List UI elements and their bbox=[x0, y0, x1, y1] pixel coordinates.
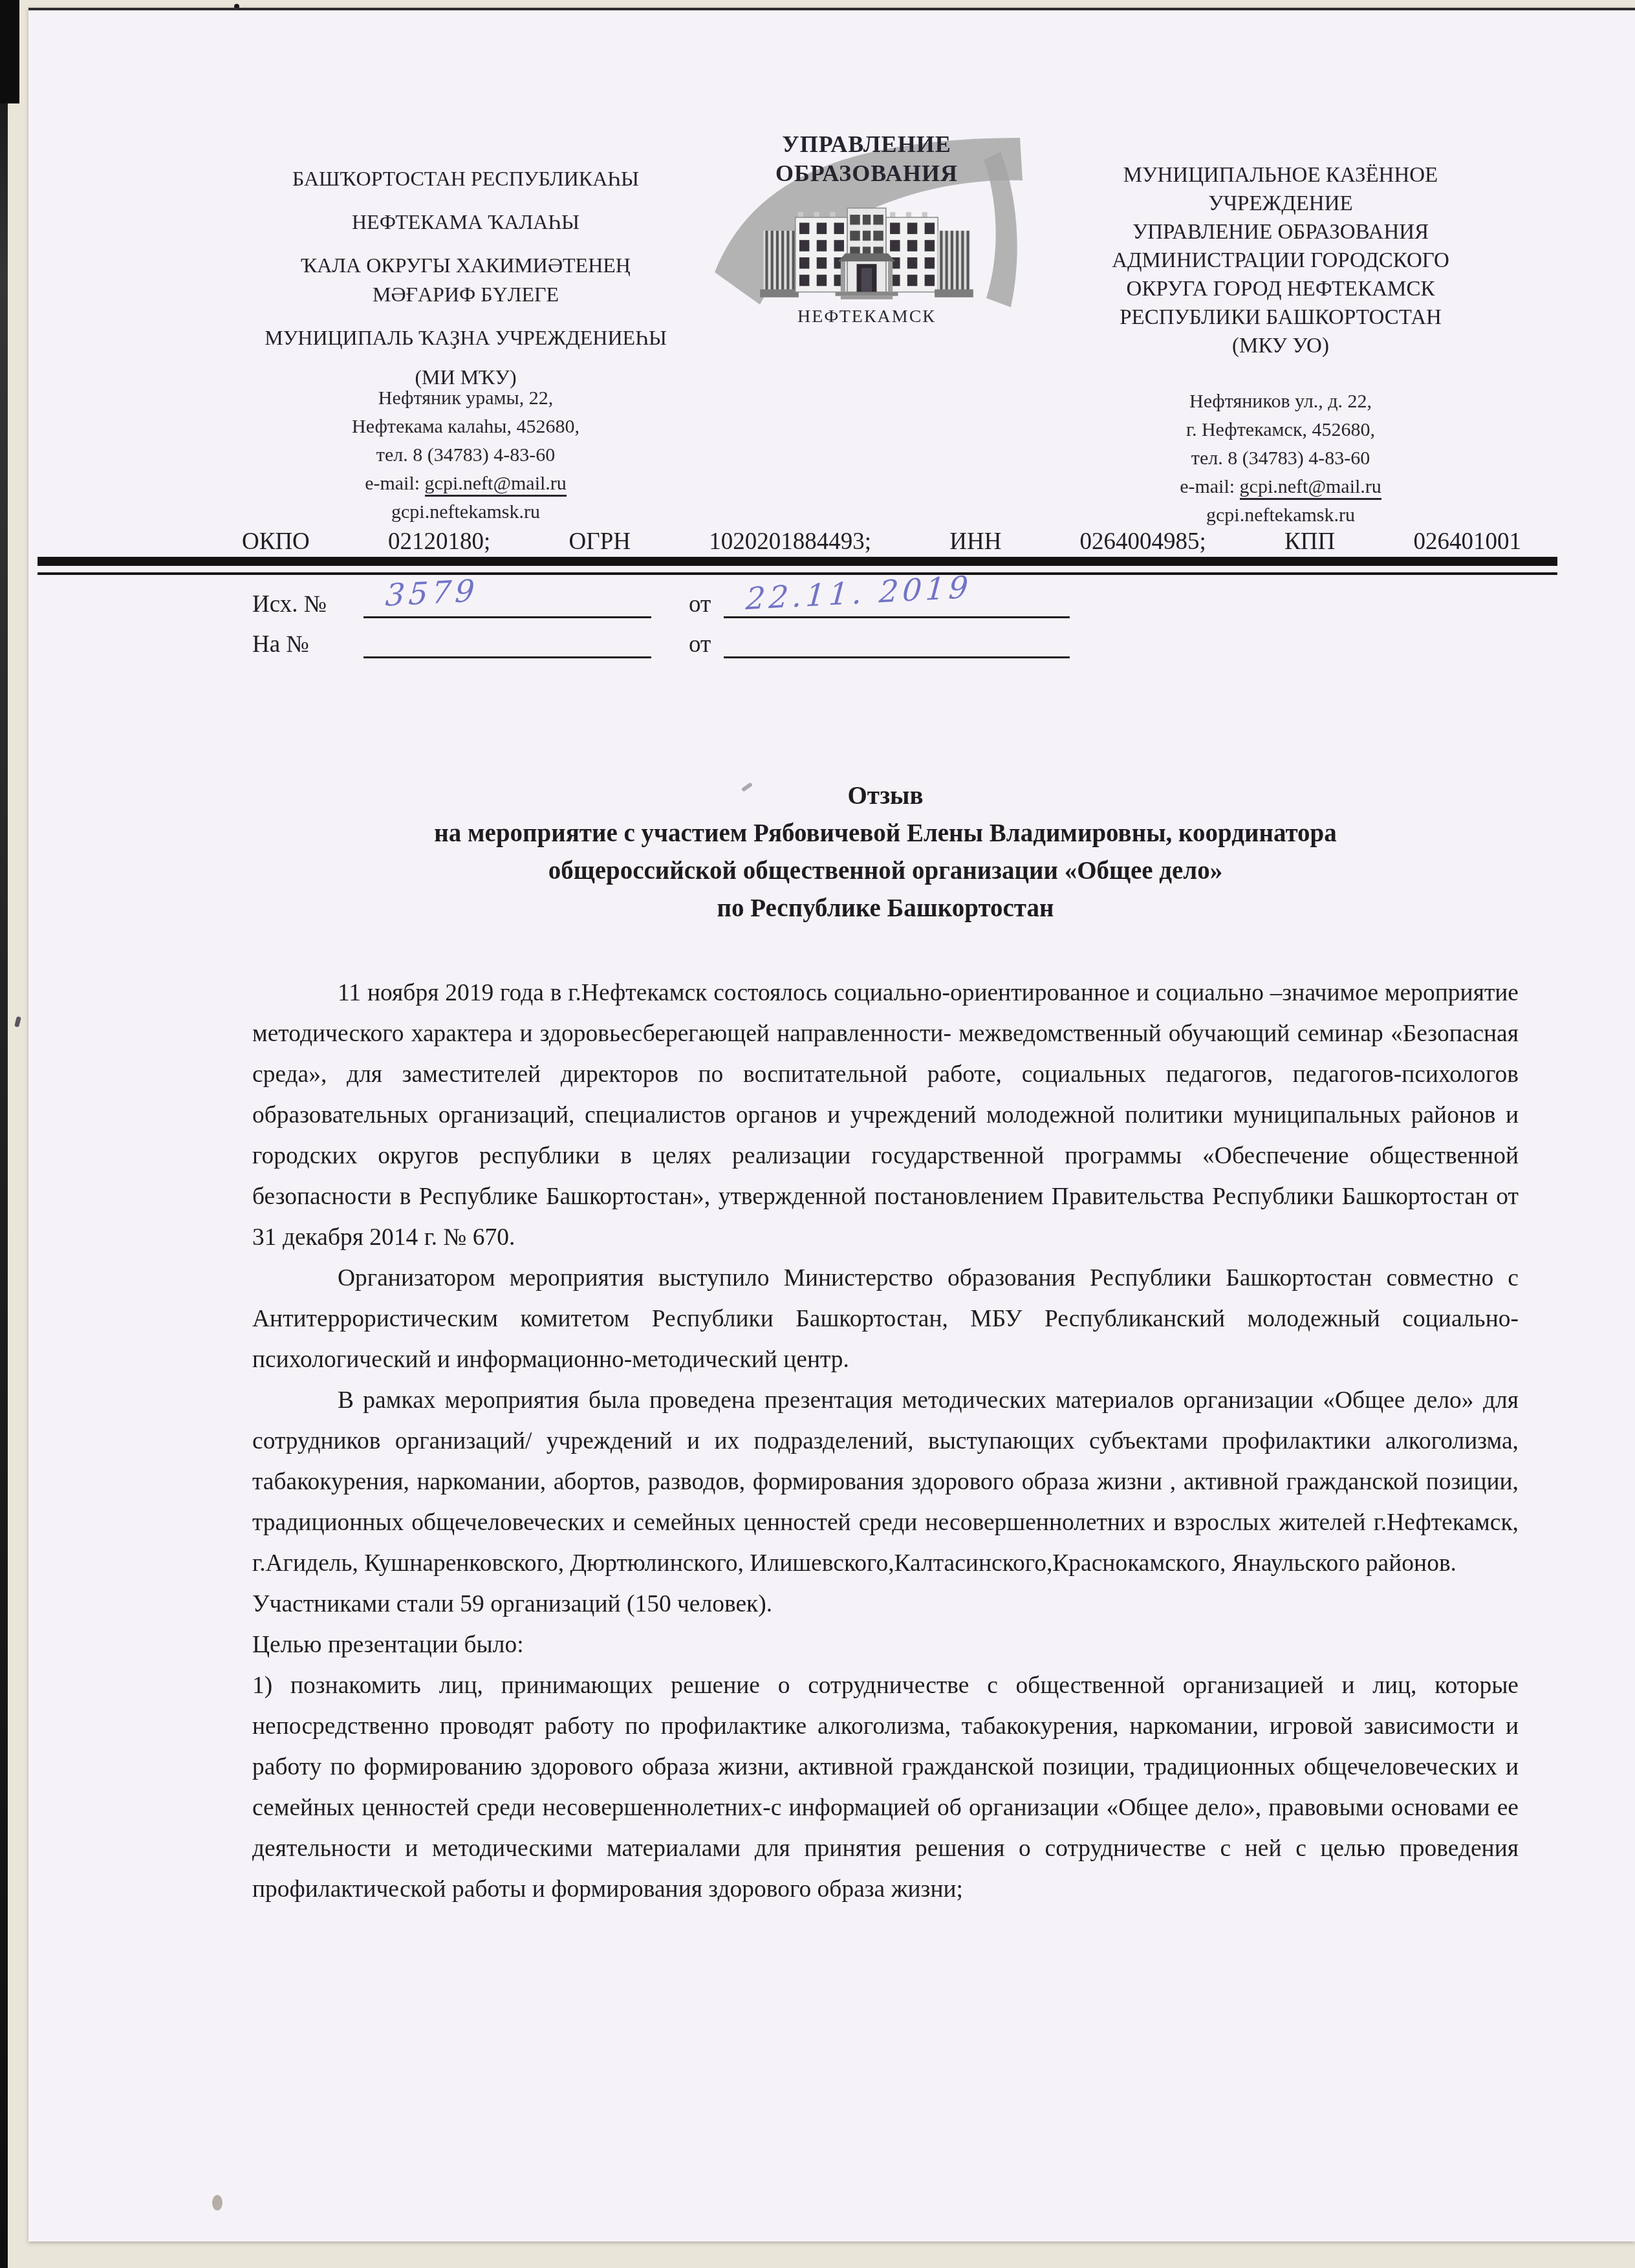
org-line: АДМИНИСТРАЦИИ ГОРОДСКОГО bbox=[1041, 246, 1520, 275]
outgoing-date-label: от bbox=[689, 590, 711, 618]
outgoing-number-field: 3579 bbox=[363, 580, 651, 618]
org-line: ҠАЛА ОКРУГЫ ХАКИМИӘТЕНЕҢ bbox=[239, 251, 692, 280]
title-line: Отзыв bbox=[252, 777, 1519, 815]
administration-building-illustration bbox=[757, 192, 977, 305]
incoming-number-label: На № bbox=[252, 631, 363, 658]
scanner-edge-strip bbox=[0, 0, 8, 2268]
okpo-label: ОКПО bbox=[242, 528, 310, 556]
org-line: УПРАВЛЕНИЕ ОБРАЗОВАНИЯ bbox=[1041, 218, 1520, 246]
handwritten-outgoing-date: 22.11. 2019 bbox=[744, 570, 973, 618]
education-department-logo: УПРАВЛЕНИЕ ОБРАЗОВАНИЯ bbox=[708, 116, 1025, 321]
kpp-value: 026401001 bbox=[1413, 528, 1521, 556]
title-line: на мероприятие с участием Рябовичевой Ел… bbox=[252, 815, 1519, 852]
phone-line: тел. 8 (34783) 4-83-60 bbox=[1041, 444, 1520, 473]
email-line: e-mail: gcpi.neft@mail.ru bbox=[1041, 473, 1520, 501]
address-block-russian: Нефтяников ул., д. 22, г. Нефтекамск, 45… bbox=[1041, 387, 1520, 530]
title-line: по Республике Башкортостан bbox=[252, 890, 1519, 927]
logo-title-line2: ОБРАЗОВАНИЯ bbox=[775, 160, 958, 186]
body-paragraph: 1) познакомить лиц, принимающих решение … bbox=[252, 1665, 1519, 1910]
letter-title: Отзыв на мероприятие с участием Рябовиче… bbox=[252, 777, 1519, 927]
registry-codes-row: ОКПО 02120180; ОГРН 1020201884493; ИНН 0… bbox=[242, 528, 1521, 556]
website-line: gcpi.neftekamsk.ru bbox=[239, 498, 692, 526]
city-line: г. Нефтекамск, 452680, bbox=[1041, 416, 1520, 444]
email-label: e-mail: bbox=[1180, 476, 1239, 497]
email-line: e-mail: gcpi.neft@mail.ru bbox=[239, 470, 692, 498]
body-paragraph: Организатором мероприятия выступило Мини… bbox=[252, 1258, 1519, 1380]
letter-body: 11 ноября 2019 года в г.Нефтекамск состо… bbox=[252, 973, 1519, 1910]
org-name-bashkir-block: БАШҠОРТОСТАН РЕСПУБЛИКАҺЫ НЕФТЕКАМА ҠАЛА… bbox=[239, 164, 692, 392]
org-name-russian-block: МУНИЦИПАЛЬНОЕ КАЗЁННОЕ УЧРЕЖДЕНИЕ УПРАВЛ… bbox=[1041, 161, 1520, 360]
ogrn-label: ОГРН bbox=[569, 528, 631, 556]
letter-content: Отзыв на мероприятие с участием Рябовиче… bbox=[252, 777, 1519, 1910]
email-address: gcpi.neft@mail.ru bbox=[1240, 476, 1381, 500]
org-line: ОКРУГА ГОРОД НЕФТЕКАМСК bbox=[1041, 275, 1520, 303]
phone-line: тел. 8 (34783) 4-83-60 bbox=[239, 441, 692, 470]
inn-value: 0264004985; bbox=[1080, 528, 1206, 556]
email-label: e-mail: bbox=[365, 473, 424, 494]
outgoing-date-field: 22.11. 2019 bbox=[724, 580, 1070, 618]
margin-scan-mark bbox=[14, 1016, 21, 1027]
kpp-label: КПП bbox=[1284, 528, 1335, 556]
body-paragraph: Участниками стали 59 организаций (150 че… bbox=[252, 1584, 1519, 1625]
logo-title-line1: УПРАВЛЕНИЕ bbox=[782, 131, 951, 157]
email-address: gcpi.neft@mail.ru bbox=[425, 473, 567, 497]
title-line: общероссийской общественной организации … bbox=[252, 852, 1519, 890]
scanned-letter-screenshot: { "org_left": { "lines": [ "БАШҠОРТОСТАН… bbox=[0, 0, 1635, 2268]
ogrn-value: 1020201884493; bbox=[709, 528, 871, 556]
logo-city-label: НЕФТЕКАМСК bbox=[708, 307, 1025, 327]
okpo-value: 02120180; bbox=[388, 528, 490, 556]
street-line: Нефтяников ул., д. 22, bbox=[1041, 387, 1520, 416]
address-block-bashkir: Нефтяник урамы, 22, Нефтекама калаһы, 45… bbox=[239, 384, 692, 526]
body-paragraph: 11 ноября 2019 года в г.Нефтекамск состо… bbox=[252, 973, 1519, 1258]
org-line: БАШҠОРТОСТАН РЕСПУБЛИКАҺЫ bbox=[239, 164, 692, 193]
handwritten-outgoing-number: 3579 bbox=[384, 573, 479, 614]
org-line: НЕФТЕКАМА ҠАЛАҺЫ bbox=[239, 208, 692, 237]
street-line: Нефтяник урамы, 22, bbox=[239, 384, 692, 413]
website-line: gcpi.neftekamsk.ru bbox=[1041, 501, 1520, 530]
outgoing-number-label: Исх. № bbox=[252, 590, 363, 618]
scan-smudge bbox=[212, 2195, 222, 2210]
city-line: Нефтекама калаһы, 452680, bbox=[239, 413, 692, 441]
org-line: МУНИЦИПАЛЬНОЕ КАЗЁННОЕ bbox=[1041, 161, 1520, 189]
org-line: УЧРЕЖДЕНИЕ bbox=[1041, 189, 1520, 218]
document-page: БАШҠОРТОСТАН РЕСПУБЛИКАҺЫ НЕФТЕКАМА ҠАЛА… bbox=[28, 8, 1635, 2241]
org-line: МУНИЦИПАЛЬ ҠАҘНА УЧРЕЖДЕНИЕҺЫ bbox=[239, 323, 692, 352]
letterhead-rule-thick bbox=[38, 557, 1557, 566]
incoming-date-field bbox=[724, 620, 1070, 658]
incoming-reference-row: На № от bbox=[252, 620, 1070, 658]
scanner-edge-corner bbox=[0, 0, 19, 103]
org-line: РЕСПУБЛИКИ БАШКОРТОСТАН bbox=[1041, 303, 1520, 332]
outgoing-reference-row: Исх. № 3579 от 22.11. 2019 bbox=[252, 579, 1070, 618]
inn-label: ИНН bbox=[949, 528, 1001, 556]
body-paragraph: Целью презентации было: bbox=[252, 1625, 1519, 1665]
body-paragraph: В рамках мероприятия была проведена през… bbox=[252, 1380, 1519, 1584]
logo-title: УПРАВЛЕНИЕ ОБРАЗОВАНИЯ bbox=[708, 130, 1025, 188]
incoming-date-label: от bbox=[689, 631, 711, 658]
letterhead-rule-thin bbox=[38, 572, 1557, 575]
org-abbreviation: (МКУ УО) bbox=[1041, 332, 1520, 360]
incoming-number-field bbox=[363, 620, 651, 658]
org-line: МӘҒАРИФ БҮЛЕГЕ bbox=[239, 280, 692, 309]
